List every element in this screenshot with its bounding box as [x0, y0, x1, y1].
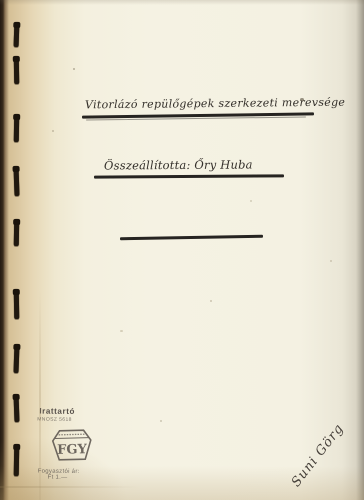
scanned-document-page: Vitorlázó repülőgépek szerkezeti merevsé…: [0, 0, 364, 500]
binding-stitch: [14, 444, 20, 476]
binding-stitch: [14, 56, 19, 84]
paper-speck: [160, 420, 162, 422]
paper-speck: [120, 330, 123, 332]
binding-stitch: [14, 22, 20, 47]
byline-underline: [94, 174, 284, 178]
logo-letters: FGY: [57, 442, 88, 458]
binding-stitch: [13, 344, 19, 373]
binding-stitch: [14, 219, 19, 246]
paper-speck: [73, 68, 75, 70]
binding-stitch: [14, 289, 20, 319]
divider-line: [120, 235, 263, 240]
publisher-logo-icon: FGY: [51, 427, 128, 468]
paper-speck: [210, 300, 212, 302]
library-stamp: Irattartó MNOSZ 5618 FGY Fogyasztói ár: …: [36, 407, 129, 482]
paper-speck: [52, 130, 54, 132]
paper-speck: [250, 200, 252, 202]
stamp-standard-number: MNOSZ 5618: [37, 417, 128, 424]
binding-stitch: [14, 114, 19, 142]
owner-signature: Suni Görg: [280, 410, 356, 500]
document-byline: Összeállította: Őry Huba: [104, 157, 253, 172]
binding-stitch: [14, 394, 20, 422]
binding-stitch: [13, 166, 19, 196]
paper-speck: [330, 260, 332, 262]
document-title: Vitorlázó repülőgépek szerkezeti merevsé…: [85, 96, 345, 112]
stamp-price-value: Ft 1.—: [48, 475, 128, 482]
paper-crease: [0, 486, 140, 488]
stamp-holder-label: Irattartó: [39, 407, 128, 417]
